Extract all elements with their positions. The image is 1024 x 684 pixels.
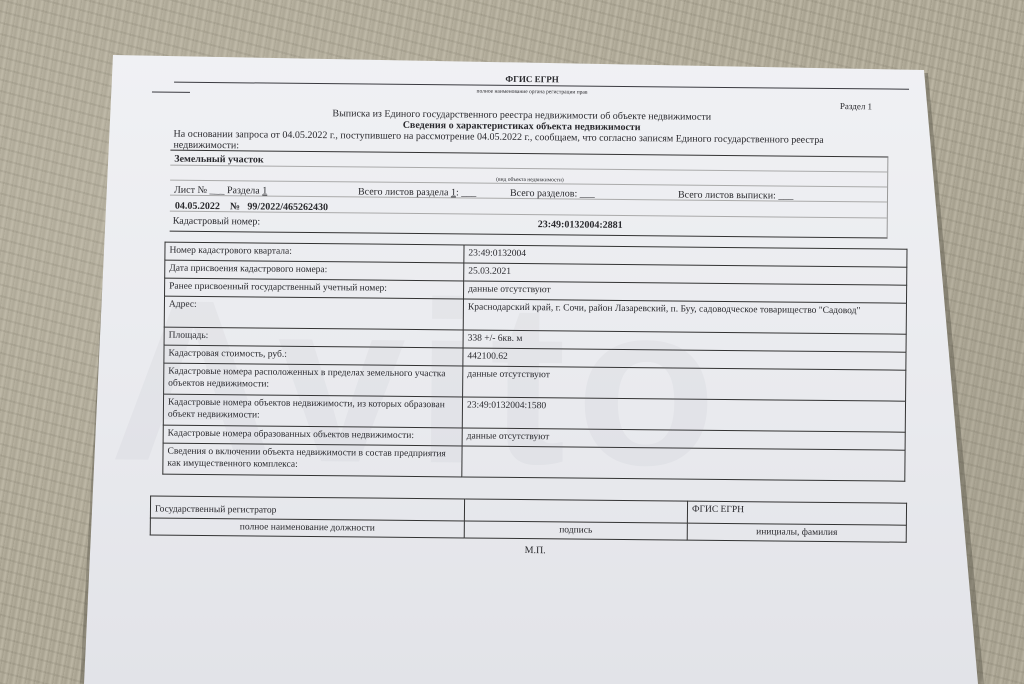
- sheet-no: Лист № ___ Раздела 1: [174, 185, 267, 197]
- stamp-place: М.П.: [525, 545, 546, 556]
- position-caption: полное наименование должности: [150, 518, 464, 538]
- signature-table: Государственный регистратор ФГИС ЕГРН по…: [150, 495, 907, 542]
- row-label: Кадастровые номера расположенных в преде…: [164, 363, 463, 397]
- name-caption: инициалы, фамилия: [687, 523, 906, 542]
- signature-field: [464, 499, 687, 523]
- registrar-position: Государственный регистратор: [150, 496, 464, 521]
- table-row: Сведения о включении объекта недвижимост…: [163, 443, 905, 481]
- row-label: Сведения о включении объекта недвижимост…: [163, 443, 462, 477]
- signature-caption: подпись: [464, 521, 687, 540]
- section-label: Раздел 1: [840, 101, 872, 111]
- object-type-caption: (вид объекта недвижимости): [496, 177, 564, 184]
- row-label: Адрес:: [164, 296, 463, 330]
- document: ФГИС ЕГРН полное наименование органа рег…: [0, 0, 1024, 684]
- row-label: Кадастровые номера объектов недвижимости…: [163, 394, 462, 428]
- cadastral-label: Кадастровый номер:: [173, 216, 261, 228]
- cadastral-number: 23:49:0132004:2881: [538, 219, 623, 231]
- row-value: 23:49:0132004:1580: [462, 397, 905, 432]
- characteristics-table: Номер кадастрового квартала:23:49:013200…: [162, 242, 907, 482]
- total-sections: Всего разделов: ___: [510, 188, 595, 200]
- row-value: Краснодарский край, г. Сочи, район Лазар…: [463, 299, 906, 334]
- registrar-name: ФГИС ЕГРН: [687, 501, 906, 525]
- total-extract-sheets: Всего листов выписки: ___: [678, 190, 793, 202]
- extract-date-number: 04.05.2022 № 99/2022/465262430: [175, 201, 328, 213]
- row-value: [462, 446, 905, 481]
- row-value: данные отсутствуют: [463, 366, 906, 401]
- object-type: Земельный участок: [174, 154, 263, 166]
- total-section-sheets: Всего листов раздела 1: ___: [358, 186, 476, 198]
